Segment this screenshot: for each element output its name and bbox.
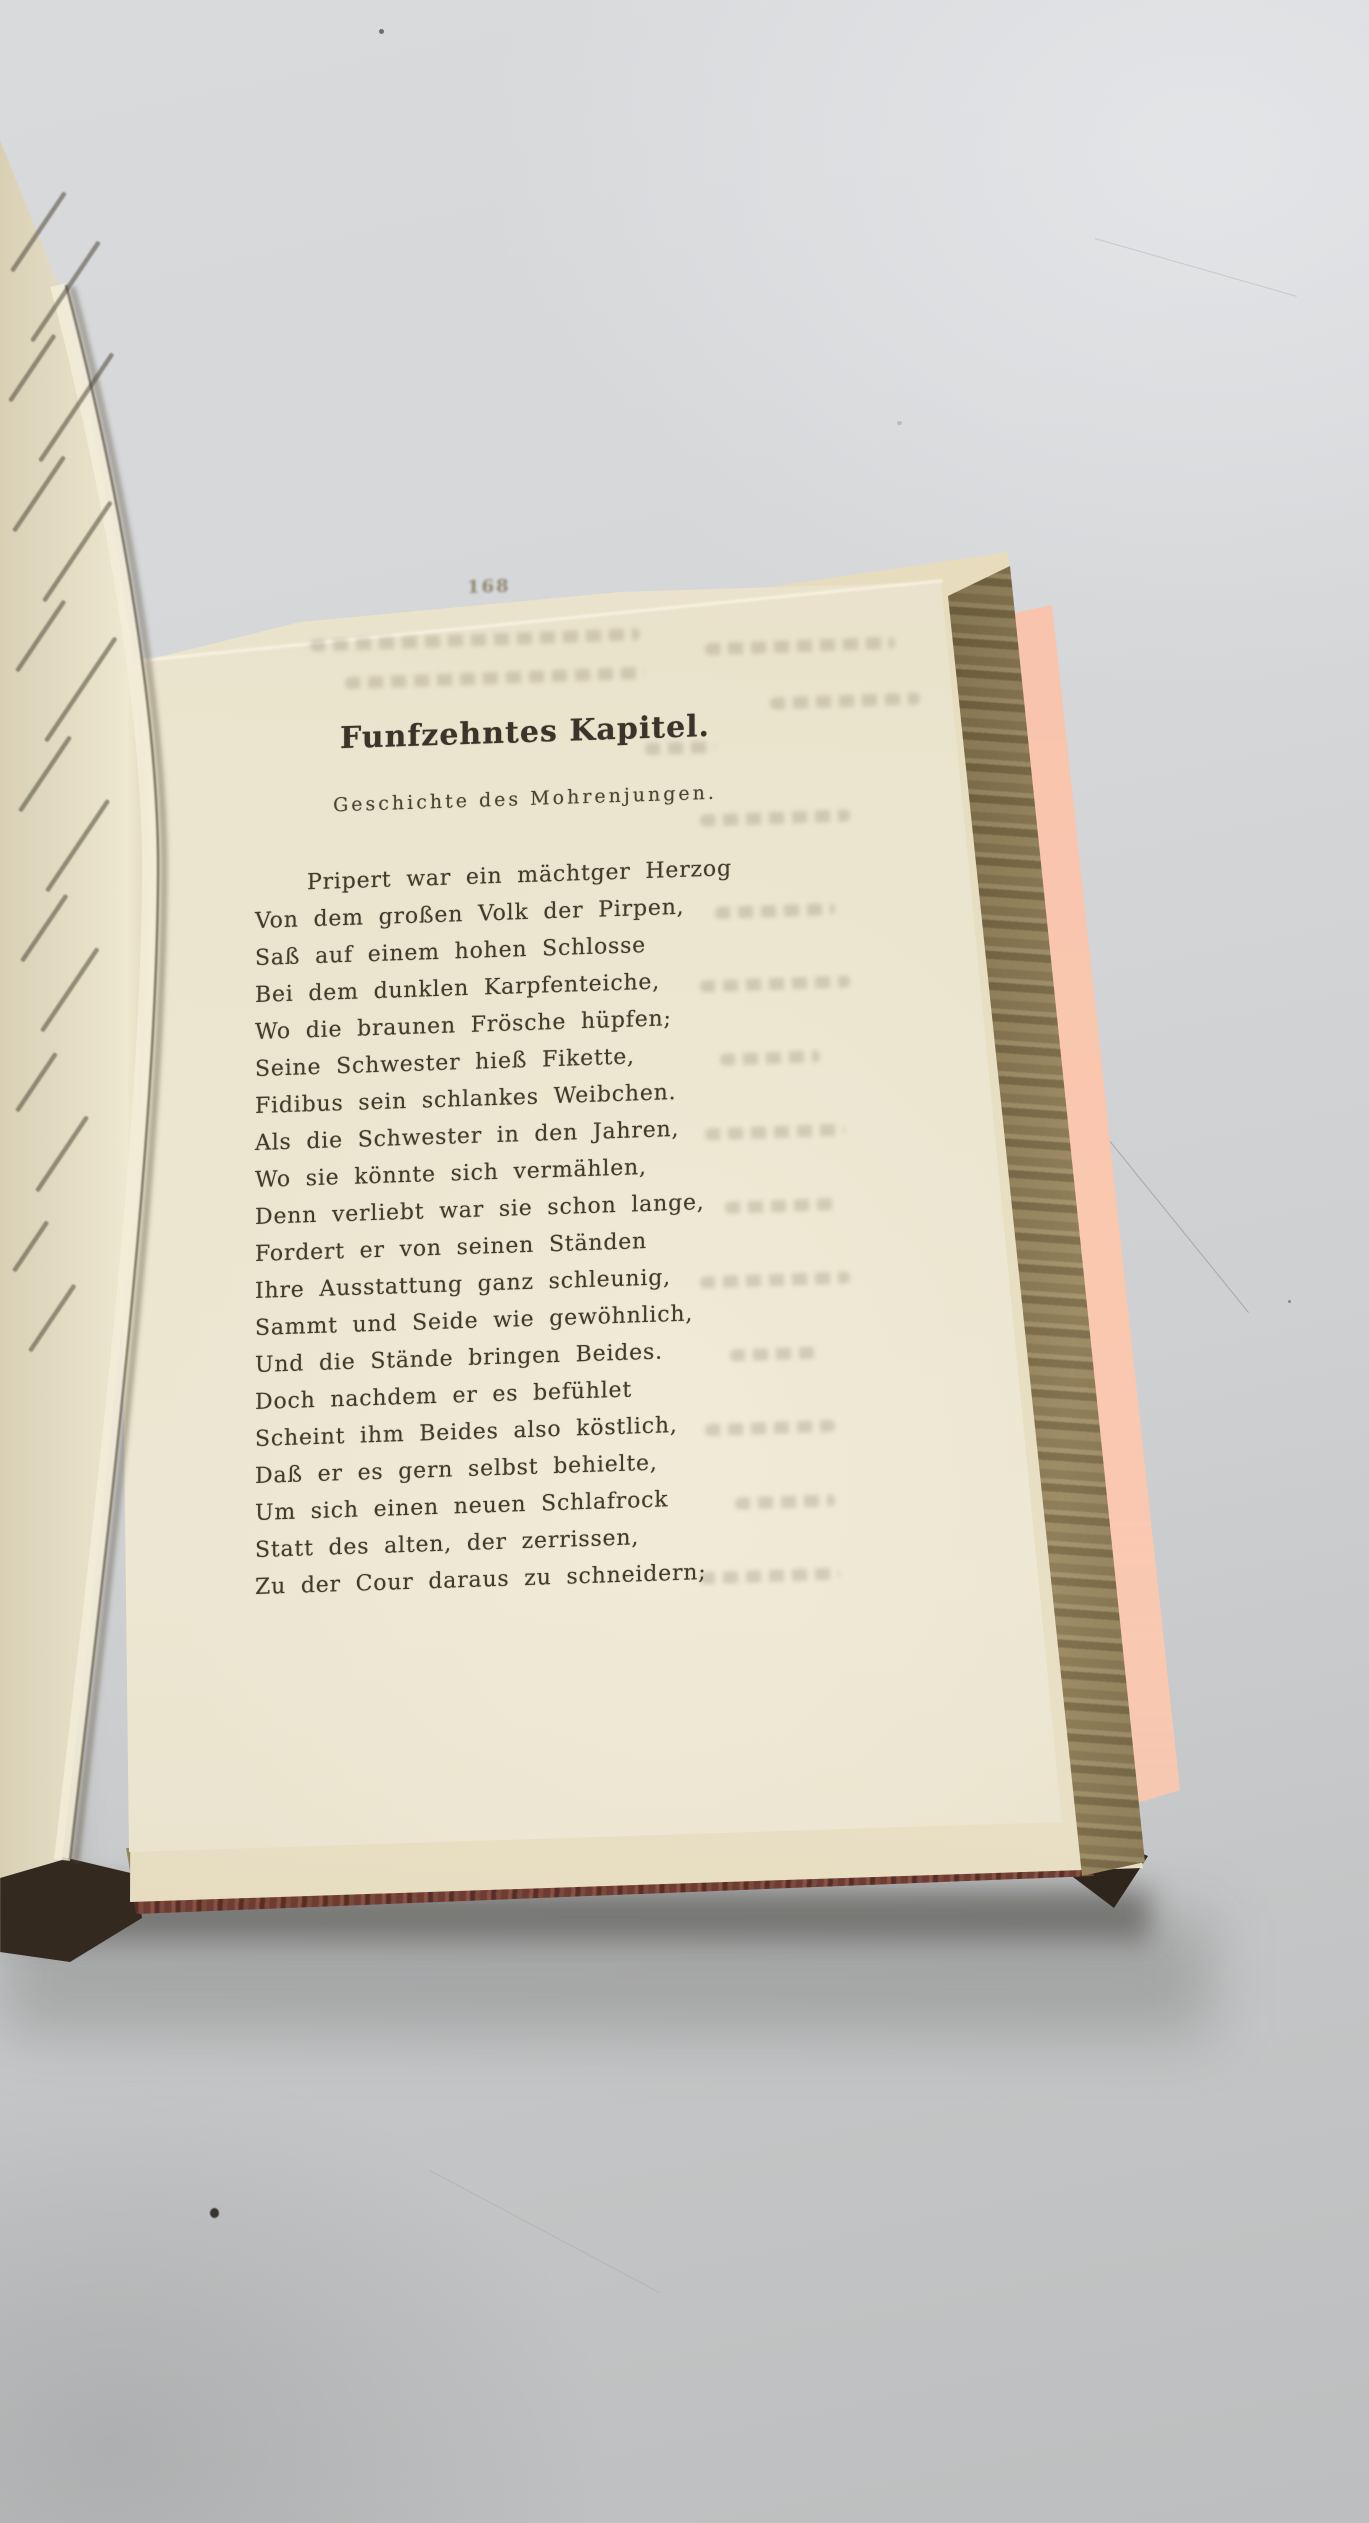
section-title: Geschichte des Mohrenjungen. [255,779,795,819]
left-page-surface [0,140,150,1878]
poem: Pripert war ein mächtger Herzog Von dem … [255,847,835,1606]
dark-speck [210,2208,219,2218]
page-content: 168 Funfzehntes Kapitel. Geschichte des … [255,559,835,1728]
photo-scene: 168 Funfzehntes Kapitel. Geschichte des … [0,0,1369,2523]
open-book: 168 Funfzehntes Kapitel. Geschichte des … [0,0,1369,2523]
chapter-title: Funfzehntes Kapitel. [255,706,795,759]
left-page-curled [0,100,210,2000]
page-number: 168 [467,576,511,598]
